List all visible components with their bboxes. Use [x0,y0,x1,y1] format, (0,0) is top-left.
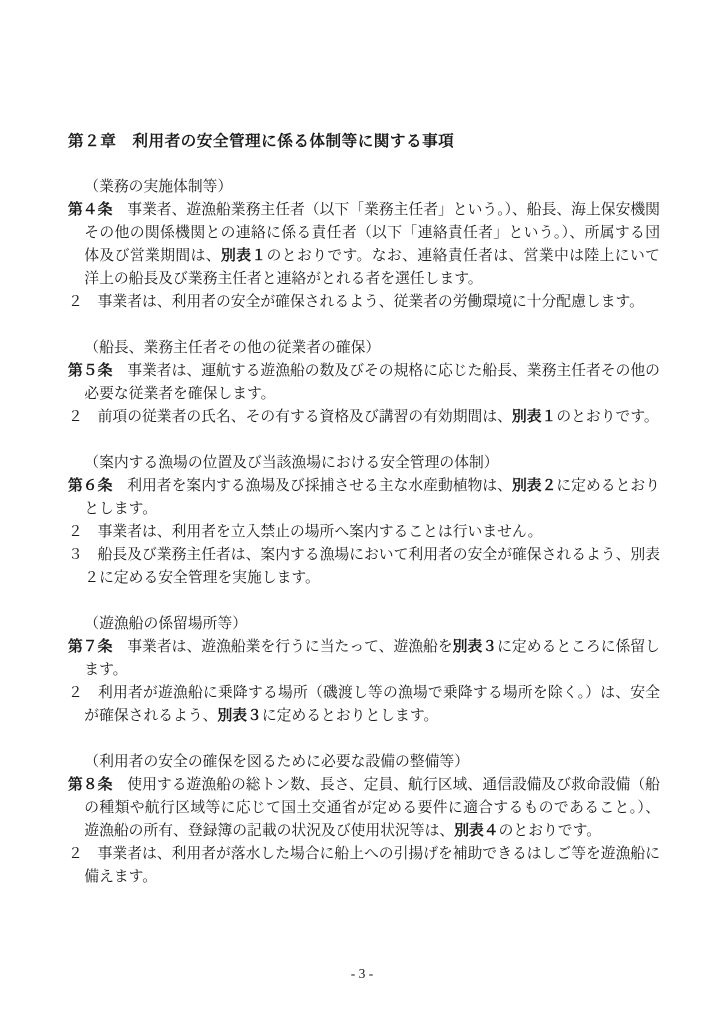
appendix-reference: 別表４ [454,823,498,839]
page-number: - 3 - [0,962,724,985]
text-run: ２ 事業者は、利用者を立入禁止の場所へ案内することは行いません。 [68,524,542,540]
chapter-heading: 第２章 利用者の安全管理に係る体制等に関する事項 [68,130,660,153]
article-number-label: 第４条 [68,202,112,218]
text-run: に定めるとおりとします。 [262,708,438,724]
article-section: （業務の実施体制等）第４条 事業者、遊漁船業務主任者（以下「業務主任者」という。… [68,176,660,314]
section-header: （業務の実施体制等） [68,176,660,199]
text-run: ３ 船長及び業務主任者は、案内する漁場において利用者の安全が確保されるよう、別表… [68,547,660,586]
appendix-reference: 別表１ [221,248,267,264]
text-run: のとおりです。 [556,409,658,425]
article-number-label: 第５条 [68,363,112,379]
article-paragraph: 第７条 事業者は、遊漁船業を行うに当たって、遊漁船を別表３に定めるところに係留し… [68,636,660,682]
text-run: ２ 事業者は、利用者の安全が確保されるよう、従業者の労働環境に十分配慮します。 [68,294,644,310]
article-number-label: 第７条 [68,639,112,655]
sections-container: （業務の実施体制等）第４条 事業者、遊漁船業務主任者（以下「業務主任者」という。… [68,176,660,889]
section-header: （案内する漁場の位置及び当該漁場における安全管理の体制） [68,452,660,475]
appendix-reference: 別表３ [217,708,261,724]
document-page: 第２章 利用者の安全管理に係る体制等に関する事項 （業務の実施体制等）第４条 事… [0,0,724,1024]
article-paragraph: 第８条 使用する遊漁船の総トン数、長さ、定員、航行区域、通信設備及び救命設備（船… [68,774,660,843]
article-paragraph: 第６条 利用者を案内する漁場及び採捕させる主な水産動植物は、別表２に定めるとおり… [68,475,660,521]
appendix-reference: 別表３ [453,639,497,655]
article-paragraph: 第４条 事業者、遊漁船業務主任者（以下「業務主任者」という。）、船長、海上保安機… [68,199,660,291]
article-number-label: 第８条 [68,777,112,793]
article-section: （案内する漁場の位置及び当該漁場における安全管理の体制）第６条 利用者を案内する… [68,452,660,590]
text-run: 事業者は、運航する遊漁船の数及びその規格に応じた船長、業務主任者その他の必要な従… [84,363,660,402]
article-section: （船長、業務主任者その他の従業者の確保）第５条 事業者は、運航する遊漁船の数及び… [68,337,660,429]
article-paragraph: ２ 事業者は、利用者の安全が確保されるよう、従業者の労働環境に十分配慮します。 [68,291,660,314]
text-run: 事業者は、遊漁船業を行うに当たって、遊漁船を [112,639,452,655]
appendix-reference: 別表２ [512,478,556,494]
section-header: （船長、業務主任者その他の従業者の確保） [68,337,660,360]
appendix-reference: 別表１ [512,409,556,425]
article-paragraph: ２ 利用者が遊漁船に乗降する場所（磯渡し等の漁場で乗降する場所を除く。）は、安全… [68,682,660,728]
article-paragraph: ２ 前項の従業者の氏名、その有する資格及び講習の有効期間は、別表１のとおりです。 [68,406,660,429]
article-paragraph: ２ 事業者は、利用者が落水した場合に船上への引揚げを補助できるはしご等を遊漁船に… [68,843,660,889]
article-paragraph: ２ 事業者は、利用者を立入禁止の場所へ案内することは行いません。 [68,521,660,544]
text-run: ２ 前項の従業者の氏名、その有する資格及び講習の有効期間は、 [68,409,512,425]
article-paragraph: ３ 船長及び業務主任者は、案内する漁場において利用者の安全が確保されるよう、別表… [68,544,660,590]
article-number-label: 第６条 [68,478,112,494]
text-run: のとおりです。 [499,823,601,839]
article-section: （利用者の安全の確保を図るために必要な設備の整備等）第８条 使用する遊漁船の総ト… [68,751,660,889]
text-run: 利用者を案内する漁場及び採捕させる主な水産動植物は、 [112,478,512,494]
article-section: （遊漁船の係留場所等）第７条 事業者は、遊漁船業を行うに当たって、遊漁船を別表３… [68,613,660,728]
text-run: ２ 事業者は、利用者が落水した場合に船上への引揚げを補助できるはしご等を遊漁船に… [68,846,660,885]
section-header: （遊漁船の係留場所等） [68,613,660,636]
article-paragraph: 第５条 事業者は、運航する遊漁船の数及びその規格に応じた船長、業務主任者その他の… [68,360,660,406]
section-header: （利用者の安全の確保を図るために必要な設備の整備等） [68,751,660,774]
document-content: 第２章 利用者の安全管理に係る体制等に関する事項 （業務の実施体制等）第４条 事… [68,130,660,889]
